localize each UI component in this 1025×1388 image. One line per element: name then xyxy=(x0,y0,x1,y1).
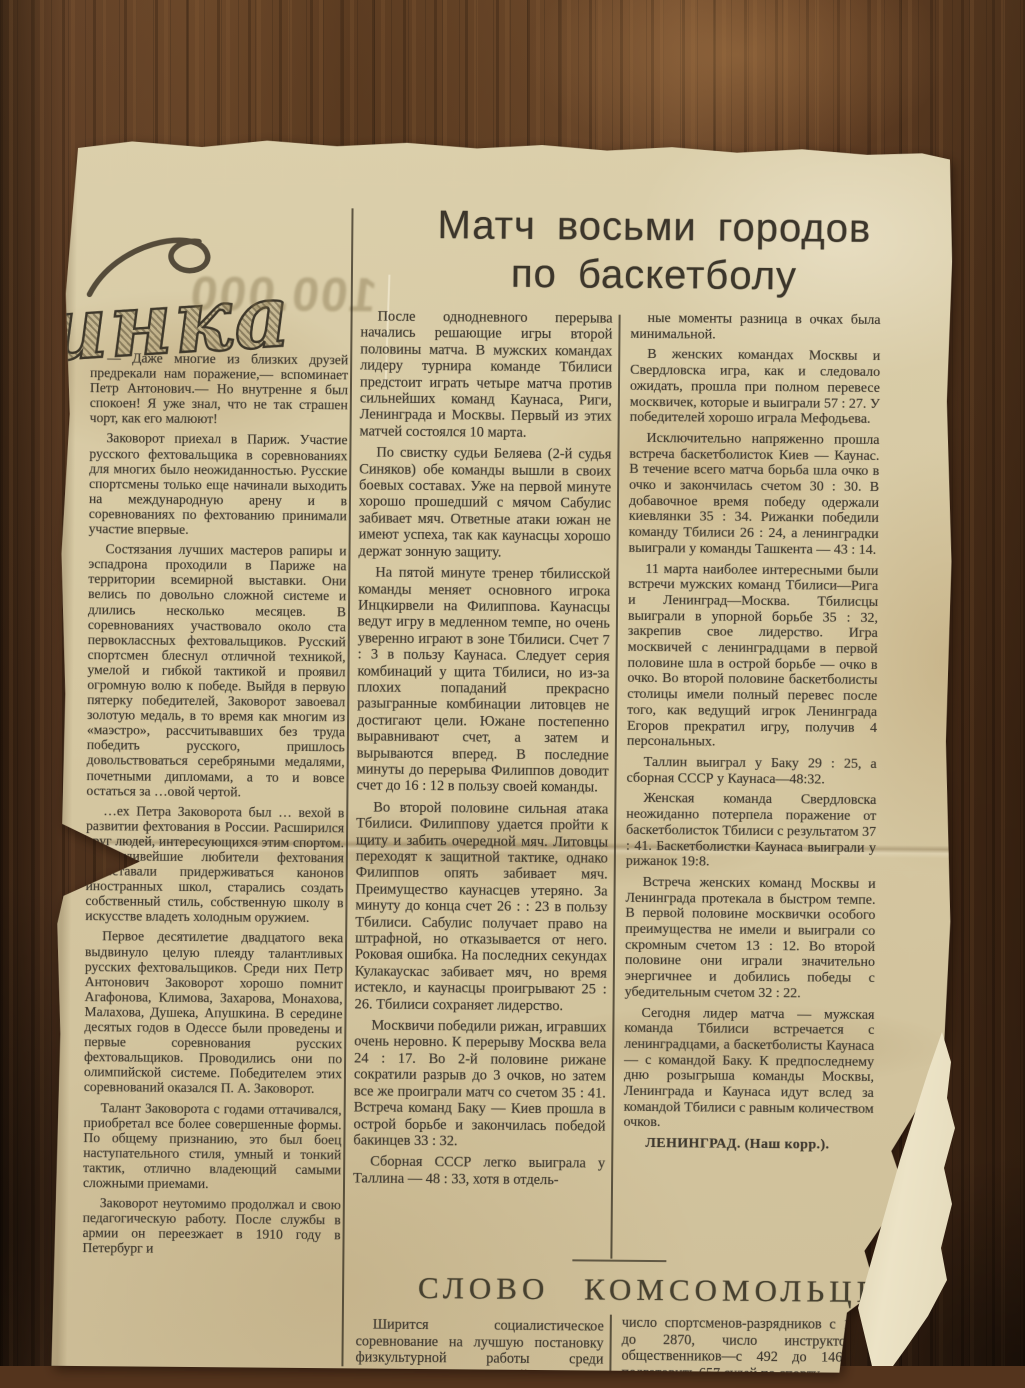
fencing-article-column: — Даже многие из близких друзей предрека… xyxy=(82,350,348,1263)
paragraph: Заковорот неутомимо продолжал и свою пед… xyxy=(82,1195,341,1258)
column-divider-middle xyxy=(610,315,620,1259)
paragraph: …ех Петра Заковорота был … вехой в разви… xyxy=(85,803,344,926)
paragraph: Талант Заковорота с годами оттачивался, … xyxy=(83,1100,342,1193)
paragraph: После однодневного перерыва начались реш… xyxy=(360,308,613,441)
paragraph: По свистку судьи Беляева (2-й судья Синя… xyxy=(358,445,611,562)
komsomol-column-2: число спортсменов-разрядников с 1380 до … xyxy=(621,1315,872,1366)
basketball-headline: Матч восьми городов по баскетболу xyxy=(361,200,948,301)
newspaper-page: инка 100.000 Матч восьми городов по баск… xyxy=(51,134,983,1366)
paragraph: Сборная СССР легко выиграла у Таллина — … xyxy=(353,1154,605,1189)
paragraph: Москвичи победили рижан, игравших очень … xyxy=(353,1017,606,1150)
paragraph: ные моменты разница в очках была минимал… xyxy=(630,311,880,345)
paragraph: Исключительно напряженно прошла встреча … xyxy=(629,431,880,559)
paragraph: Сегодня лидер матча — мужская команда Тб… xyxy=(623,1005,874,1133)
paragraph: Во второй половине сильная атака Тбилиси… xyxy=(355,799,609,1014)
paragraph: Первое десятилетие двадцатого века выдви… xyxy=(84,929,343,1097)
paragraph: Женская команда Свердловска неожиданно п… xyxy=(626,791,877,872)
komsomol-column-1: Ширится социалистическое соревнование на… xyxy=(355,1316,604,1366)
headline-line-2: по баскетболу xyxy=(361,248,947,301)
basketball-column-2: ные моменты разница в очках была минимал… xyxy=(623,311,880,1159)
paragraph: 11 марта наиболее интересными были встре… xyxy=(627,561,879,752)
column-divider-bottom xyxy=(609,1315,611,1366)
paragraph: — Даже многие из близких друзей предрека… xyxy=(90,350,349,428)
paragraph: На пятой минуте тренер тбилисской команд… xyxy=(356,565,610,797)
headline-line-1: Матч восьми городов xyxy=(361,200,947,253)
paragraph: Таллин выиграл у Баку 29 : 25, а сборная… xyxy=(627,755,877,789)
byline: ЛЕНИНГРАД. (Наш корр.). xyxy=(623,1136,873,1154)
paragraph: Состязания лучших мастеров рапиры и эспа… xyxy=(86,541,346,800)
paragraph: Встреча женских команд Москвы и Ленингра… xyxy=(625,875,876,1003)
paragraph: Заковорот приехал в Париж. Участие русск… xyxy=(89,431,348,539)
paragraph: В женских командах Москвы и Свердловска … xyxy=(630,347,881,428)
basketball-column-1: После однодневного перерыва начались реш… xyxy=(353,308,613,1193)
newspaper-clipping: инка 100.000 Матч восьми городов по баск… xyxy=(51,134,983,1366)
end-of-article-divider xyxy=(572,1259,666,1262)
